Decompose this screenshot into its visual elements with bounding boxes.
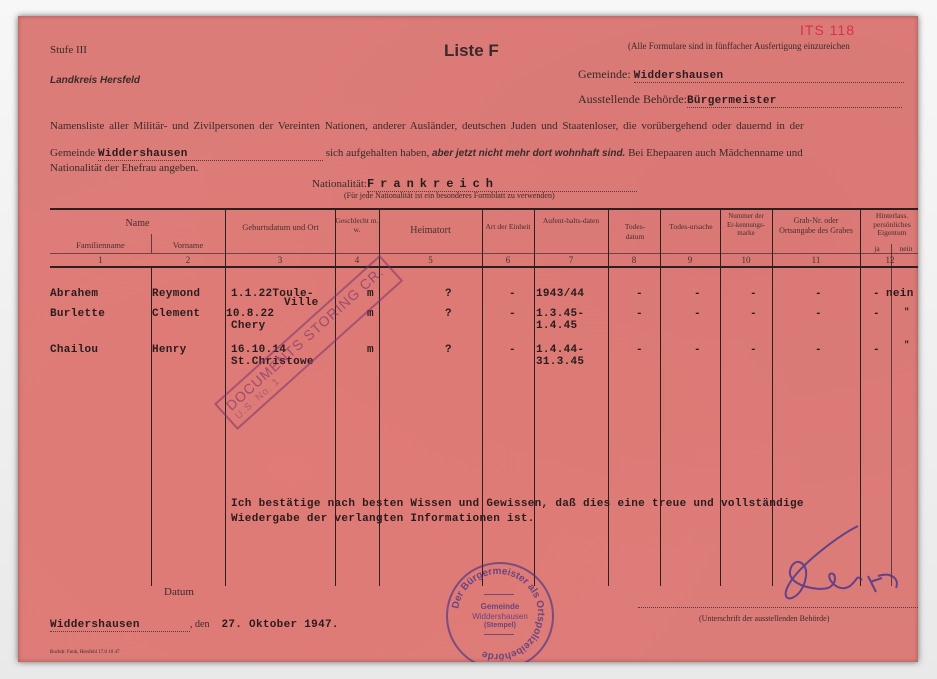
confirmation-line-2: Wiedergabe der verlangten Informationen …	[231, 513, 535, 525]
header-geschlecht: Geschlecht m. w.	[335, 216, 379, 234]
documents-storing-stamp: DOCUMENTS STORING CR. U.S. No. 1	[214, 255, 403, 430]
seal-rule-bottom	[484, 634, 514, 635]
cell-aufenthalt: 1.3.45-	[536, 308, 584, 320]
nationality-value: Frankreich	[367, 177, 637, 192]
header-familienname: Familienname	[50, 240, 151, 250]
documents-stamp-text: DOCUMENTS STORING CR.	[223, 263, 387, 413]
cell-nein: "	[904, 339, 910, 351]
landkreis-label: Landkreis Hersfeld	[50, 75, 140, 86]
header-erkennungsmarke: Nummer der Er-kennungs-marke	[726, 212, 766, 238]
cell-marke: -	[750, 308, 757, 320]
col-divider-7	[608, 209, 609, 586]
cell-todesdatum: -	[636, 288, 643, 300]
cell-geburt-ort: Chery	[231, 320, 266, 332]
cell-todesursache: -	[694, 308, 701, 320]
cell-grab: -	[815, 308, 822, 320]
intro-gemeinde-label: Gemeinde	[50, 147, 95, 159]
table-top-border	[50, 208, 918, 210]
header-eigentum: Hinterlass. persönliches Eigentum	[862, 212, 918, 238]
col-divider-9	[720, 209, 721, 586]
cell-marke: -	[750, 344, 757, 356]
behoerde-field: Ausstellende Behörde:Bürgermeister	[578, 92, 902, 108]
cell-ja: -	[873, 344, 880, 356]
intro-line-2: Gemeinde Widdershausen sich aufgehalten …	[50, 147, 803, 161]
cell-vorname: Henry	[152, 344, 187, 356]
cell-aufenthalt: 1.4.44-	[536, 344, 584, 356]
cell-aufenthalt-end: 31.3.45	[536, 356, 584, 368]
intro-mid-text: sich aufgehalten haben,	[326, 147, 430, 159]
cell-vorname: Reymond	[152, 288, 200, 300]
cell-todesursache: -	[694, 344, 701, 356]
intro-suffix-text: Bei Ehepaaren auch Mädchenname und	[628, 147, 803, 159]
printer-imprint: Buchdr. Funk, Hersfeld 17.0 10 47	[50, 650, 119, 655]
cell-ja: -	[873, 288, 880, 300]
col-num-11: 11	[772, 255, 860, 265]
footer-date: 27. Oktober 1947.	[221, 619, 338, 631]
stufe-label: Stufe III	[50, 44, 87, 56]
cell-todesdatum: -	[636, 308, 643, 320]
col-num-9: 9	[660, 255, 720, 265]
datum-label: Datum	[164, 586, 194, 598]
its-archive-stamp: ITS 118	[800, 22, 855, 38]
footer-place: Widdershausen	[50, 619, 190, 632]
signature-line	[638, 607, 918, 608]
intro-bold-text: aber jetzt nicht mehr dort wohnhaft sind…	[432, 148, 625, 159]
col-divider-6	[534, 209, 535, 586]
cell-aufenthalt-end: 1.4.45	[536, 320, 577, 332]
col-num-2: 2	[151, 255, 225, 265]
copies-note: (Alle Formulare sind in fünffacher Ausfe…	[628, 41, 850, 51]
header-bottom-border	[50, 266, 918, 268]
cell-familienname: Abrahem	[50, 288, 98, 300]
header-geburtsdatum: Geburtsdatum und Ort	[233, 222, 328, 232]
cell-einheit: -	[509, 288, 516, 300]
cell-nein: nein	[886, 288, 914, 300]
col-num-8: 8	[608, 255, 660, 265]
confirmation-line-1: Ich bestätige nach besten Wissen und Gew…	[231, 498, 804, 510]
col-num-5: 5	[379, 255, 482, 265]
col-divider-8	[660, 209, 661, 586]
header-einheit: Art der Einheit	[484, 222, 532, 232]
col-num-6: 6	[482, 255, 534, 265]
cell-marke: -	[750, 288, 757, 300]
col-num-7: 7	[534, 255, 608, 265]
seal-line-1: Gemeinde	[448, 602, 552, 611]
intro-line-3: Nationalität der Ehefrau angeben.	[50, 162, 198, 174]
nationality-field: Nationalität:Frankreich	[312, 177, 637, 192]
cell-grab: -	[815, 344, 822, 356]
gemeinde-value: Widdershausen	[634, 70, 904, 83]
behoerde-label: Ausstellende Behörde:	[578, 92, 687, 106]
header-name-group: Name	[50, 219, 225, 229]
header-todesdatum: Todes-datum	[616, 222, 654, 242]
cell-todesursache: -	[694, 288, 701, 300]
cell-geburt-ort: Ville	[284, 297, 319, 309]
den-label: , den	[190, 619, 209, 630]
col-num-10: 10	[720, 255, 772, 265]
header-grab: Grab-Nr. oder Ortsangabe des Grabes	[778, 216, 854, 236]
cell-vorname: Clement	[152, 308, 200, 320]
cell-heimatort: ?	[445, 308, 452, 320]
col-num-1: 1	[50, 255, 151, 265]
signature-caption: (Unterschrift der ausstellenden Behörde)	[699, 614, 829, 623]
cell-familienname: Chailou	[50, 344, 98, 356]
date-line: Widdershausen, den 27. Oktober 1947.	[50, 614, 339, 632]
intro-line-1: Namensliste aller Militär- und Zivilpers…	[50, 120, 804, 132]
header-todesursache: Todes-ursache	[668, 222, 714, 232]
cell-heimatort: ?	[445, 344, 452, 356]
cell-familienname: Burlette	[50, 308, 105, 320]
cell-todesdatum: -	[636, 344, 643, 356]
seal-line-3: (Stempel)	[448, 622, 552, 629]
behoerde-value: Bürgermeister	[687, 95, 902, 108]
cell-geburt: 10.8.22	[226, 308, 274, 320]
nationality-note: (Für jede Nationalität ist ein besondere…	[344, 191, 555, 200]
seal-line-2: Widdershausen	[448, 612, 552, 621]
cell-einheit: -	[509, 344, 516, 356]
cell-geschlecht: m	[367, 344, 374, 356]
intro-gemeinde-value: Widdershausen	[98, 148, 323, 161]
col-num-3: 3	[225, 255, 335, 265]
seal-rule-top	[484, 594, 514, 595]
col-divider-5	[482, 209, 483, 586]
cell-grab: -	[815, 288, 822, 300]
gemeinde-label: Gemeinde:	[578, 67, 631, 81]
document-page: Stufe III Landkreis Hersfeld Liste F ITS…	[18, 16, 918, 662]
cell-aufenthalt: 1943/44	[536, 288, 584, 300]
header-divider	[50, 253, 918, 254]
page-title: Liste F	[444, 41, 499, 61]
cell-heimatort: ?	[445, 288, 452, 300]
cell-nein: "	[904, 306, 910, 318]
signature-icon	[758, 516, 908, 616]
header-eigentum-nein: nein	[891, 244, 918, 254]
gemeinde-field: Gemeinde: Widdershausen	[578, 67, 904, 83]
cell-ja: -	[873, 308, 880, 320]
header-eigentum-ja: ja	[863, 244, 891, 254]
viewer-frame: Stufe III Landkreis Hersfeld Liste F ITS…	[0, 0, 937, 679]
header-aufenthalt: Aufent-halts-daten	[541, 216, 601, 225]
cell-einheit: -	[509, 308, 516, 320]
buergermeister-seal: Der Bürgermeister als Ortspolizeibehörde…	[446, 562, 554, 662]
col-num-12: 12	[860, 255, 918, 265]
header-heimatort: Heimatort	[379, 226, 482, 236]
nationality-label: Nationalität:	[312, 178, 367, 190]
col-divider-3	[335, 209, 336, 586]
header-vorname: Vorname	[151, 240, 225, 250]
